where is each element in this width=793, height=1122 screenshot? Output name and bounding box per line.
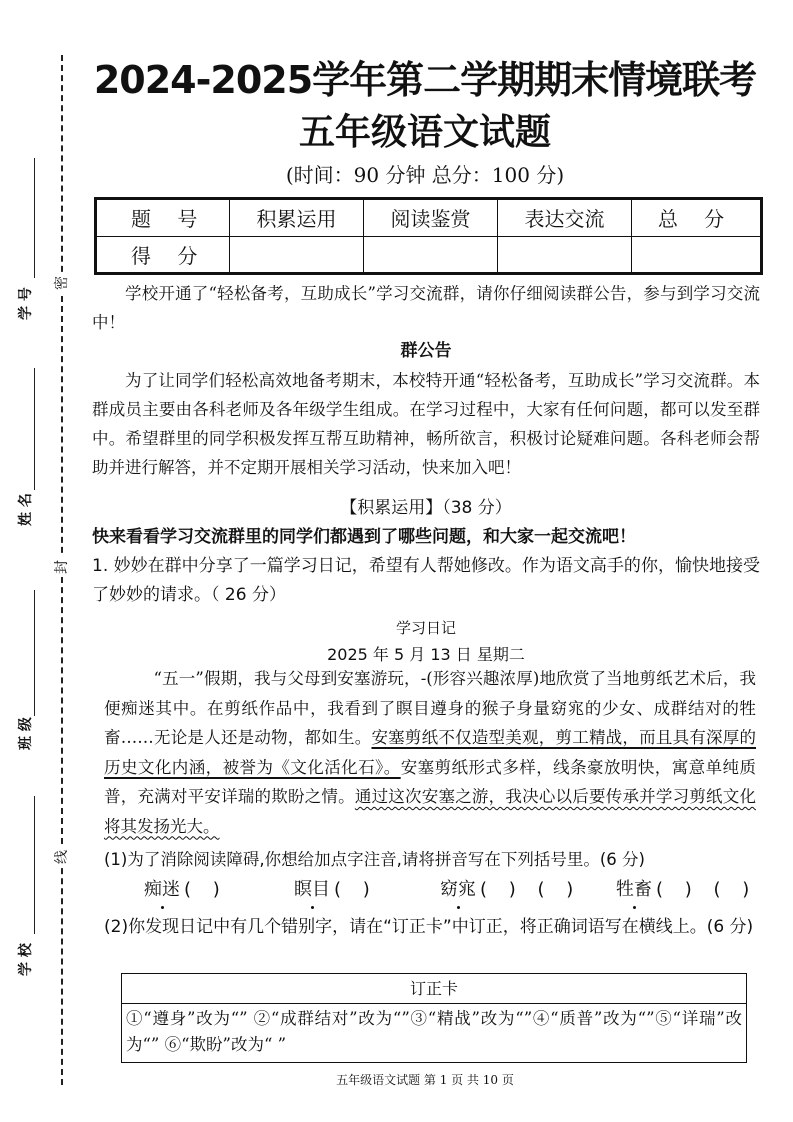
pinyin-blank[interactable]: ( ) xyxy=(334,876,378,904)
correction-card-title: 订正卡 xyxy=(122,974,746,1004)
pinyin-item-chimi: 痴迷( ) xyxy=(144,876,228,904)
class-line[interactable] xyxy=(34,590,35,716)
page-footer: 五年级语文试题 第 1 页 共 10 页 xyxy=(90,1072,760,1088)
seal-char-feng: 封 xyxy=(51,557,73,577)
section-lead: 快来看看学习交流群里的同学们都遇到了哪些问题，和大家一起交流吧！ xyxy=(92,523,760,552)
score-cell-expression[interactable] xyxy=(498,236,632,274)
pinyin-word: 窈宨 xyxy=(440,876,476,904)
score-cell-accumulation[interactable] xyxy=(230,236,364,274)
header-cell-expression: 表达交流 xyxy=(498,199,632,237)
score-cell-total[interactable] xyxy=(632,236,762,274)
correction-card: 订正卡 ①“遵身”改为“” ②“成群结对”改为“”③“精战”改为“”④“质普”改… xyxy=(121,973,747,1063)
exam-subtitle: 五年级语文试题 xyxy=(90,110,760,156)
intro-paragraph: 学校开通了“轻松备考，互助成长”学习交流群，请你仔细阅读群公告，参与到学习交流中… xyxy=(92,279,760,337)
pinyin-blank[interactable]: ( ) xyxy=(184,876,228,904)
diary-title: 学习日记 xyxy=(92,614,760,643)
pinyin-word: 痴迷 xyxy=(144,876,180,904)
name-label: 姓 名 xyxy=(16,506,36,526)
pinyin-item-yaotiao: 窈宨( ) ( ) xyxy=(440,876,581,904)
score-row-label: 得 分 xyxy=(96,236,230,274)
pinyin-word: 牲畜 xyxy=(616,876,652,904)
score-table-score-row: 得 分 xyxy=(96,236,762,274)
sub2-prompt: (2)你发现日记中有几个错别字，请在“订正卡”中订正，将正确词语写在横线上。(6… xyxy=(104,912,756,942)
seal-char-xian: 线 xyxy=(51,847,73,867)
score-table-header-row: 题 号 积累运用 阅读鉴赏 表达交流 总 分 xyxy=(96,199,762,237)
pinyin-item-mingmu: 瞑目( ) xyxy=(294,876,378,904)
pinyin-item-shengchu: 牲畜( ) ( ) xyxy=(616,876,757,904)
header-cell-reading: 阅读鉴赏 xyxy=(364,199,498,237)
sub1-prompt: (1)为了消除阅读障碍,你想给加点字注音,请将拼音写在下列括号里。(6 分) xyxy=(104,846,756,874)
binding-margin: 密 封 线 学 号 姓 名 班 级 学 校 xyxy=(0,0,90,1122)
correction-card-body[interactable]: ①“遵身”改为“” ②“成群结对”改为“”③“精战”改为“”④“质普”改为“”⑤… xyxy=(122,1004,746,1060)
question-1-prompt: 1. 妙妙在群中分享了一篇学习日记，希望有人帮她修改。作为语文高手的你，愉快地接… xyxy=(92,552,760,610)
section-title: 【积累运用】（38 分） xyxy=(92,494,760,523)
header-cell-accumulation: 积累运用 xyxy=(230,199,364,237)
notice-title: 群公告 xyxy=(92,337,760,366)
diary-text: “五一”假期，我与父母到安塞游玩，-(形容兴趣浓厚)地欣赏了当地剪纸艺术后，我便… xyxy=(104,664,756,841)
class-label: 班 级 xyxy=(16,730,36,750)
seal-char-mi: 密 xyxy=(51,273,73,293)
pinyin-blank[interactable]: ( ) ( ) xyxy=(656,876,757,904)
exam-meta: (时间：90 分钟 总分：100 分) xyxy=(90,160,760,190)
student-id-label: 学 号 xyxy=(16,300,36,320)
score-table: 题 号 积累运用 阅读鉴赏 表达交流 总 分 得 分 xyxy=(94,197,763,275)
header-cell-question-no: 题 号 xyxy=(96,199,230,237)
pinyin-blank[interactable]: ( ) ( ) xyxy=(480,876,581,904)
header-cell-total: 总 分 xyxy=(632,199,762,237)
school-line[interactable] xyxy=(34,796,35,934)
student-id-line[interactable] xyxy=(34,158,35,278)
exam-title: 2024-2025学年第二学期期末情境联考 xyxy=(90,56,760,104)
pinyin-items: 痴迷( ) 瞑目( ) 窈宨( ) ( ) 牲畜( ) ( ) xyxy=(130,876,750,906)
school-label: 学 校 xyxy=(16,956,36,976)
name-line[interactable] xyxy=(34,368,35,490)
score-cell-reading[interactable] xyxy=(364,236,498,274)
notice-body: 为了让同学们轻松高效地备考期末，本校特开通“轻松备考，互助成长”学习交流群。本群… xyxy=(92,366,760,482)
pinyin-word: 瞑目 xyxy=(294,876,330,904)
